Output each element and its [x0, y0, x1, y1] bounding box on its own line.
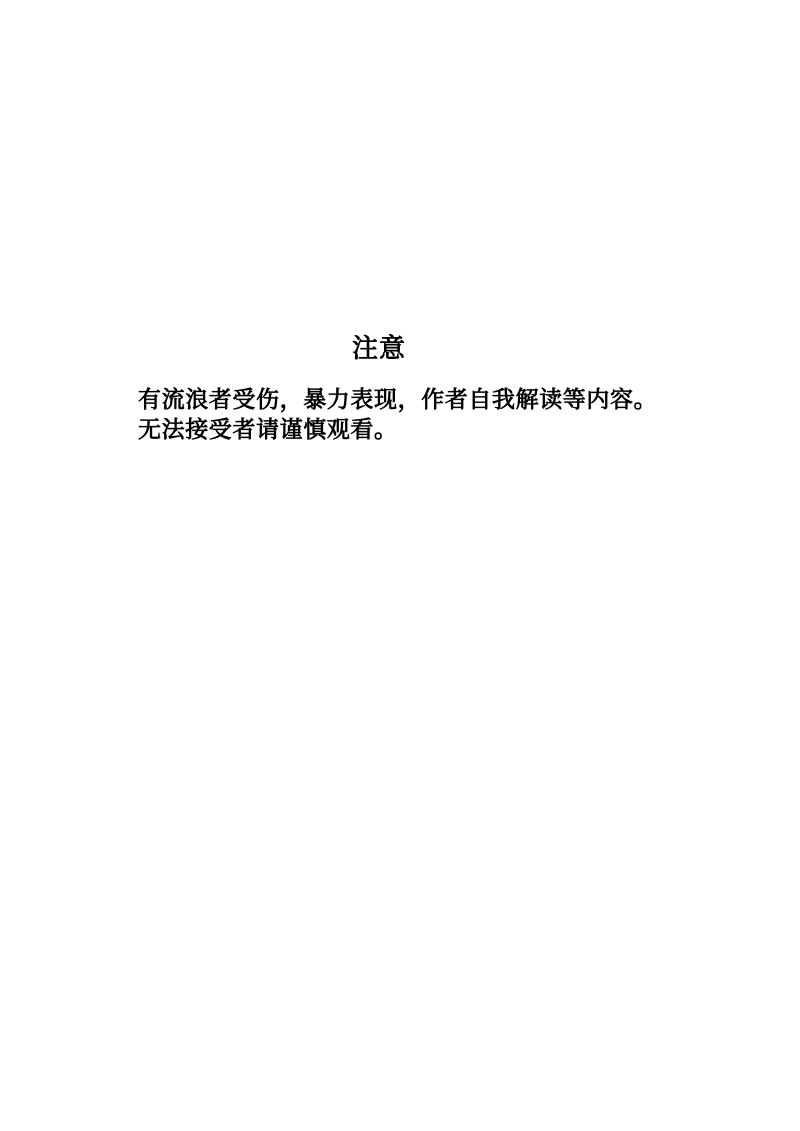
notice-title: 注意	[119, 333, 639, 363]
notice-line-1: 有流浪者受伤，暴力表现，作者自我解读等内容。	[138, 386, 657, 412]
notice-content: 注意 有流浪者受伤，暴力表现，作者自我解读等内容。 无法接受者请谨慎观看。	[138, 333, 658, 444]
notice-page: 注意 有流浪者受伤，暴力表现，作者自我解读等内容。 无法接受者请谨慎观看。	[0, 0, 800, 1131]
notice-line-2: 无法接受者请谨慎观看。	[138, 416, 398, 442]
notice-body: 有流浪者受伤，暴力表现，作者自我解读等内容。 无法接受者请谨慎观看。	[138, 384, 658, 444]
